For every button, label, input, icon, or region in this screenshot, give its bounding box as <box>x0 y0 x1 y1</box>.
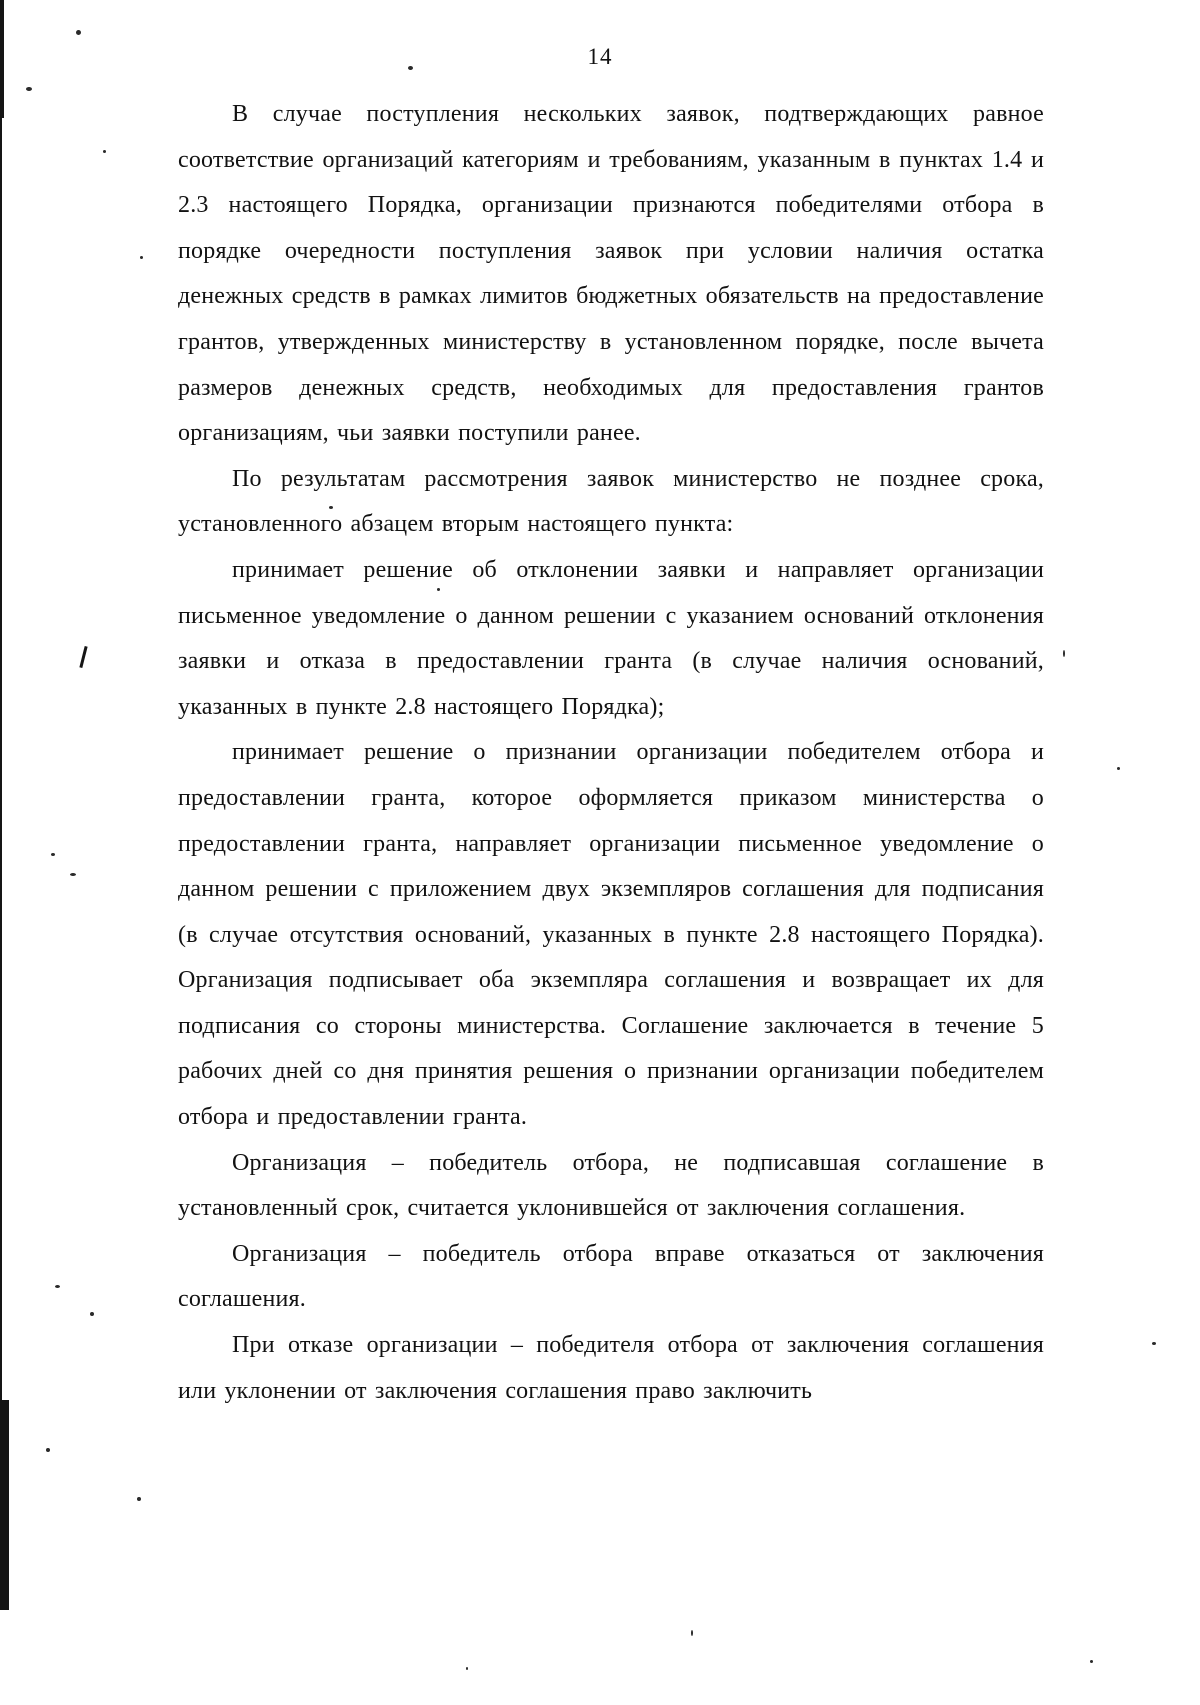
scan-speck <box>137 1497 141 1501</box>
scan-speck <box>70 873 76 876</box>
scan-speck <box>1090 1660 1093 1663</box>
scan-speck <box>1152 1342 1156 1345</box>
scan-edge-line <box>0 118 2 1400</box>
scan-speck <box>408 66 413 70</box>
scan-edge-line <box>0 0 4 118</box>
page-number: 14 <box>0 44 1200 70</box>
scan-speck <box>51 853 55 856</box>
scan-speck <box>691 1630 693 1636</box>
paragraph: В случае поступления нескольких заявок, … <box>178 92 1044 457</box>
scan-speck <box>466 1667 468 1670</box>
scan-speck <box>46 1448 50 1452</box>
scan-speck <box>90 1312 94 1316</box>
scanned-document-page: 14 В случае поступления нескольких заяво… <box>0 0 1200 1705</box>
scan-speck <box>1063 650 1065 657</box>
paragraph: Организация – победитель отбора вправе о… <box>178 1232 1044 1323</box>
paragraph: Организация – победитель отбора, не подп… <box>178 1141 1044 1232</box>
scan-speck <box>26 87 32 91</box>
scan-slash-mark <box>79 646 87 668</box>
paragraph: принимает решение о признании организаци… <box>178 730 1044 1140</box>
scan-speck <box>1117 767 1120 770</box>
paragraph: При отказе организации – победителя отбо… <box>178 1323 1044 1414</box>
document-body: В случае поступления нескольких заявок, … <box>178 92 1044 1414</box>
scan-speck <box>103 150 106 153</box>
scan-edge-line <box>0 1400 9 1610</box>
scan-speck <box>140 256 143 259</box>
scan-speck <box>329 506 333 509</box>
scan-speck <box>76 30 81 35</box>
paragraph: По результатам рассмотрения заявок минис… <box>178 457 1044 548</box>
scan-speck <box>55 1285 60 1288</box>
scan-speck <box>437 588 440 591</box>
paragraph: принимает решение об отклонении заявки и… <box>178 548 1044 730</box>
